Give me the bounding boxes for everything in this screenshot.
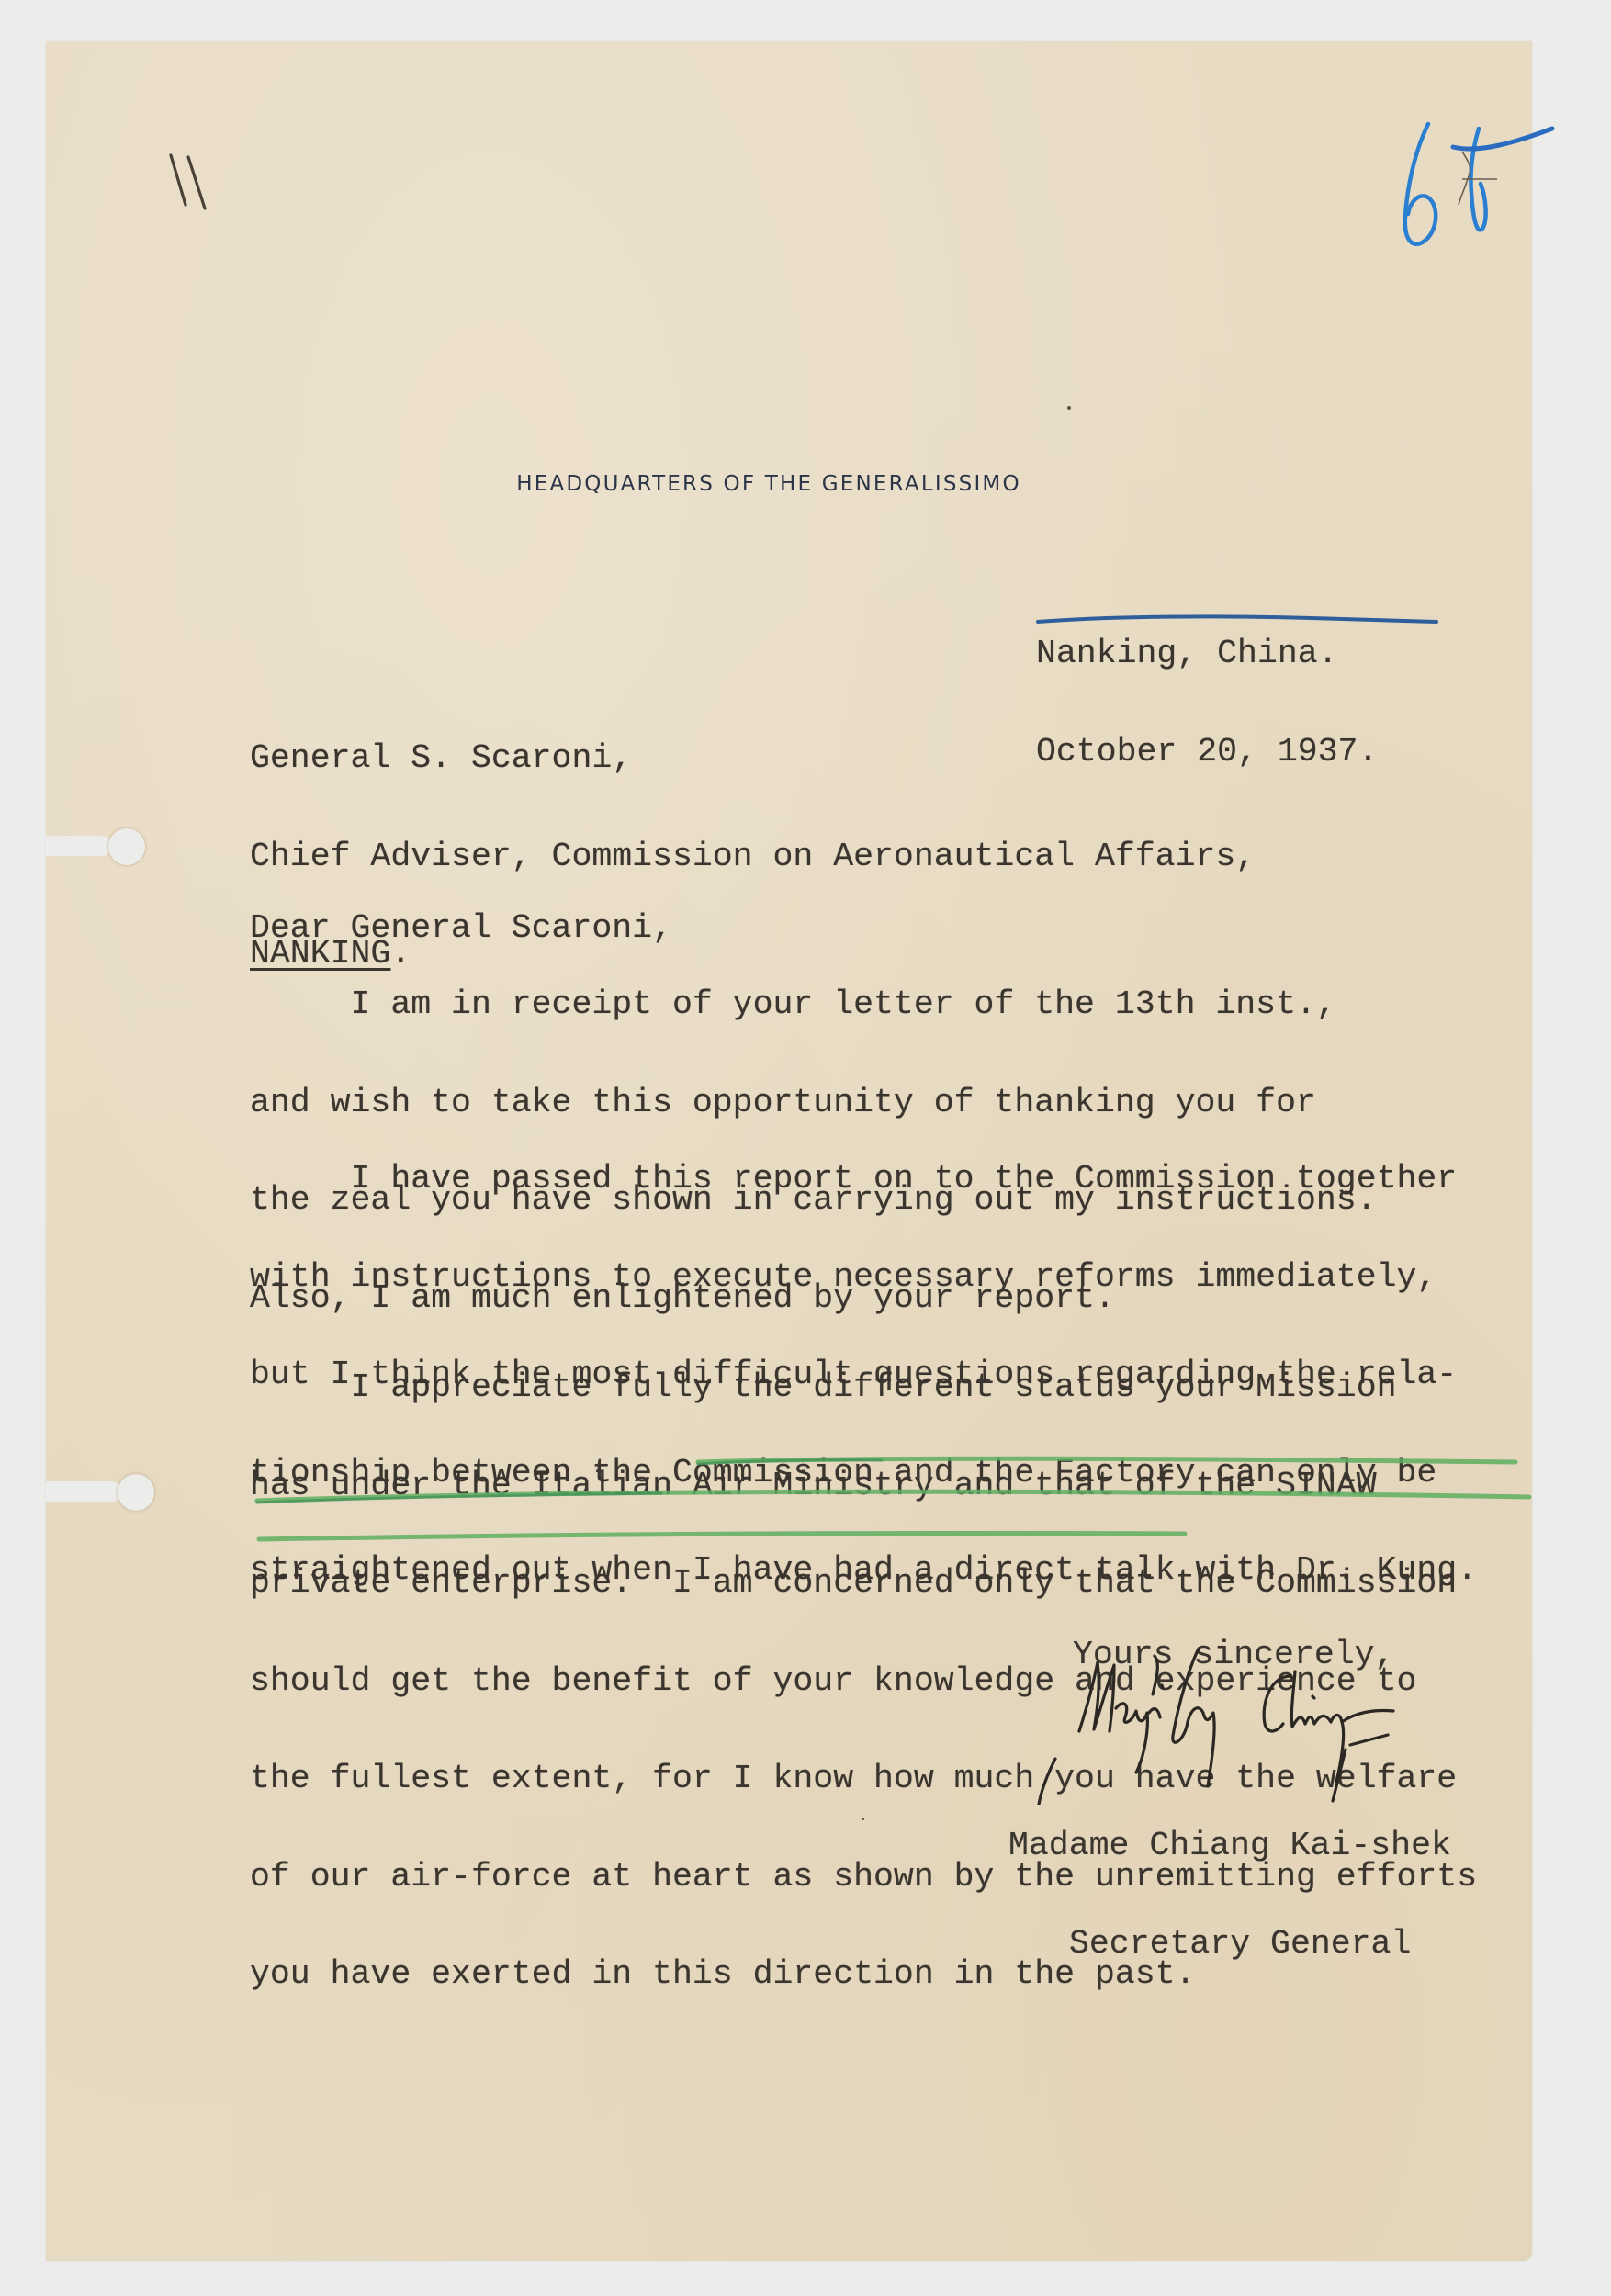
letter-page: HEADQUARTERS OF THE GENERALISSIMO Nankin… xyxy=(46,41,1532,2261)
signatory-title: Secretary General xyxy=(1008,1928,1451,1961)
paragraph-line: I am in receipt of your letter of the 13… xyxy=(250,988,1377,1021)
recipient-name: General S. Scaroni, xyxy=(250,742,1256,775)
punch-hole-tear-top xyxy=(46,836,110,856)
letterhead-title: HEADQUARTERS OF THE GENERALISSIMO xyxy=(0,472,1486,496)
paragraph-line: I appreciate fully the different status … xyxy=(250,1371,1477,1404)
place-line: Nanking, China. xyxy=(1036,637,1378,670)
paper-speck xyxy=(1067,406,1071,410)
green-underline-icon xyxy=(248,1451,1534,1580)
paragraph-line: I have passed this report on to the Comm… xyxy=(250,1163,1477,1196)
blue-underline-icon xyxy=(1036,611,1440,629)
blue-number-annotation-icon xyxy=(1378,106,1561,262)
punch-hole-bottom xyxy=(118,1474,154,1511)
punch-hole-tear-bottom xyxy=(46,1481,119,1502)
punch-hole-top xyxy=(108,828,145,865)
paragraph-line: with instructions to execute necessary r… xyxy=(250,1261,1477,1294)
signatory-block: Madame Chiang Kai-shek Secretary General xyxy=(1008,1764,1451,2025)
pencil-mark-icon xyxy=(165,152,239,216)
paper-speck xyxy=(862,1818,864,1820)
signatory-name: Madame Chiang Kai-shek xyxy=(1008,1829,1451,1863)
